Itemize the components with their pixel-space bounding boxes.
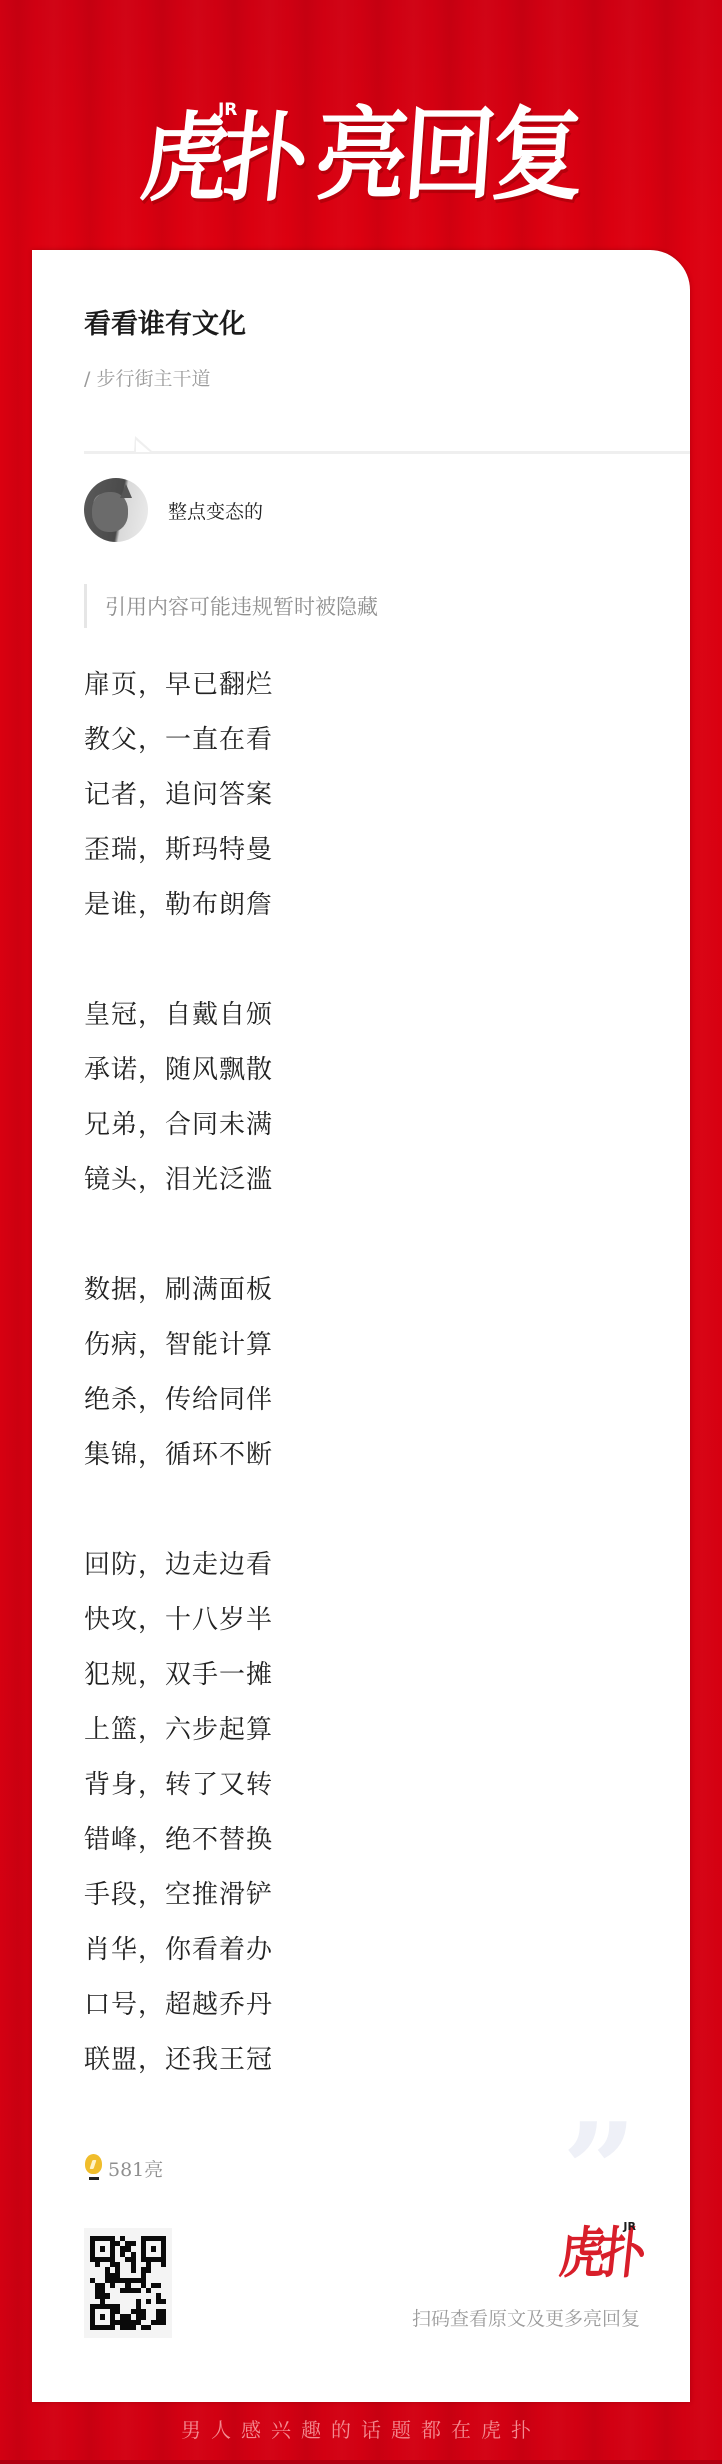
poem-line: 犯规，双手一摊: [84, 1648, 644, 1703]
poem-line: 上篮，六步起算: [84, 1703, 644, 1758]
author-name[interactable]: 整点变态的: [168, 497, 263, 524]
poem-line: 承诺，随风飘散: [84, 1043, 644, 1098]
jr-badge-small: JR: [623, 2220, 636, 2233]
reply-author[interactable]: 整点变态的: [84, 478, 263, 542]
poem-line: 是谁，勒布朗詹: [84, 878, 644, 933]
stanza-gap: [84, 1208, 644, 1263]
brand-wordmark: 虎扑: [137, 111, 307, 207]
hidden-quote-notice: 引用内容可能违规暂时被隐藏: [105, 591, 378, 621]
poem-line: 记者，追问答案: [84, 768, 644, 823]
qr-code-pattern: [90, 2236, 166, 2330]
avatar[interactable]: [84, 478, 148, 542]
scan-hint: 扫码查看原文及更多亮回复: [412, 2304, 640, 2331]
light-count-label: 581亮: [108, 2155, 163, 2182]
poem-line: 伤病，智能计算: [84, 1318, 644, 1373]
poem-line: 手段，空推滑铲: [84, 1868, 644, 1923]
cat-ear-shape: [120, 484, 132, 498]
poem-line: 歪瑞，斯玛特曼: [84, 823, 644, 878]
brand-wordmark-small: 虎扑: [557, 2225, 643, 2280]
poem-line: 集锦，循环不断: [84, 1428, 644, 1483]
poem-line: 联盟，还我王冠: [84, 2033, 644, 2088]
poem-line: 绝杀，传给同伴: [84, 1373, 644, 1428]
subforum-label[interactable]: / 步行街主干道: [84, 364, 210, 391]
reply-card: 看看谁有文化 / 步行街主干道 整点变态的 引用内容可能违规暂时被隐藏 扉页，早…: [32, 250, 690, 2402]
poem-line: 肖华，你看着办: [84, 1923, 644, 1978]
footer-edge: [0, 2460, 722, 2464]
poem-line: 口号，超越乔丹: [84, 1978, 644, 2033]
poem-line: 数据，刷满面板: [84, 1263, 644, 1318]
light-count[interactable]: 581亮: [84, 2150, 163, 2186]
poem-line: 扉页，早已翻烂: [84, 658, 644, 713]
poem-line: 教父，一直在看: [84, 713, 644, 768]
poem-line: 皇冠，自戴自颁: [84, 988, 644, 1043]
poem-line: 错峰，绝不替换: [84, 1813, 644, 1868]
divider-notch-fill: [136, 440, 150, 452]
stanza-gap: [84, 1483, 644, 1538]
hupu-brand-mark: 虎扑 JR: [560, 2230, 640, 2276]
poem-line: 回防，边走边看: [84, 1538, 644, 1593]
logo-title-suffix: 亮回复: [312, 105, 583, 206]
qr-code[interactable]: [84, 2228, 172, 2338]
divider: [84, 451, 690, 454]
poem-line: 背身，转了又转: [84, 1758, 644, 1813]
post-title[interactable]: 看看谁有文化: [84, 302, 246, 341]
poem-line: 快攻，十八岁半: [84, 1593, 644, 1648]
cat-face-shape: [92, 492, 128, 532]
reply-body: 扉页，早已翻烂 教父，一直在看 记者，追问答案 歪瑞，斯玛特曼 是谁，勒布朗詹 …: [84, 658, 644, 2088]
closing-quote-icon: ”: [562, 2106, 637, 2236]
poem-line: 镜头，泪光泛滥: [84, 1153, 644, 1208]
lightbulb-icon: [84, 2153, 104, 2183]
stanza-gap: [84, 933, 644, 988]
hidden-quote-block: 引用内容可能违规暂时被隐藏: [84, 584, 378, 628]
jr-badge: JR: [218, 100, 237, 120]
poem-line: 兄弟，合同未满: [84, 1098, 644, 1153]
footer-tagline: 男人感兴趣的话题都在虎扑: [0, 2412, 722, 2448]
hupu-highlight-reply-logo: 虎扑 JR 亮回复: [0, 96, 722, 216]
